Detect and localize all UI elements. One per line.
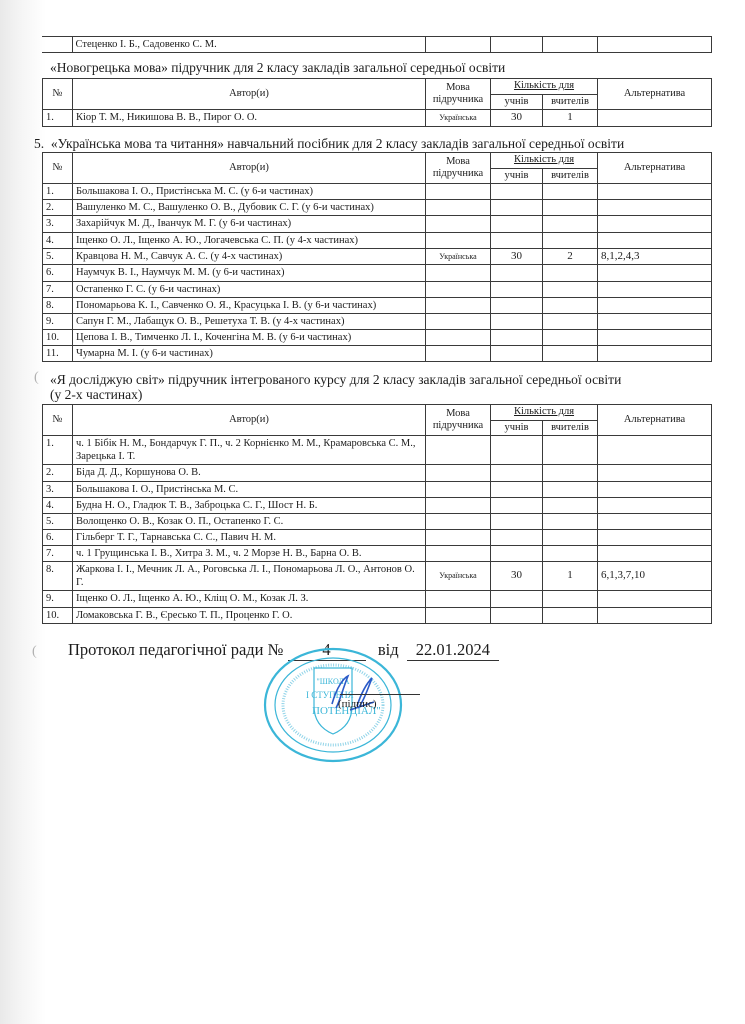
table-row: 8.Пономарьова К. І., Савченко О. Я., Кра… — [43, 297, 712, 313]
table-row: 9.Іщенко О. Л., Іщенко А. Ю., Кліщ О. М.… — [43, 591, 712, 607]
row-students-count — [491, 497, 543, 513]
row-author: Сапун Г. М., Лабащук О. В., Решетуха Т. … — [73, 313, 426, 329]
row-alternative — [598, 607, 712, 623]
row-number: 9. — [43, 591, 73, 607]
row-teachers-count: 1 — [543, 562, 598, 591]
row-number: 1. — [43, 184, 73, 200]
section-heading-4: «Новогрецька мова» підручник для 2 класу… — [50, 60, 505, 75]
row-teachers-count — [543, 497, 598, 513]
row-teachers-count — [543, 297, 598, 313]
header-authors: Автор(и) — [73, 153, 426, 184]
signature-line — [340, 694, 420, 695]
header-students: учнів — [491, 168, 543, 184]
table-header-row: №Автор(и)МовапідручникаКількість дляАльт… — [43, 405, 712, 421]
scan-mark: ( — [32, 644, 37, 660]
header-alternative: Альтернатива — [598, 79, 712, 110]
row-author: Іщенко О. Л., Іщенко А. Ю., Логачевська … — [73, 232, 426, 248]
row-language: Українська — [426, 110, 491, 127]
row-alternative — [598, 110, 712, 127]
row-students-count: 30 — [491, 248, 543, 265]
row-alternative — [598, 232, 712, 248]
row-alternative — [598, 481, 712, 497]
row-author: Чумарна М. І. (у 6-и частинах) — [73, 346, 426, 362]
table-row: 2.Біда Д. Д., Коршунова О. В. — [43, 465, 712, 481]
row-number: 4. — [43, 497, 73, 513]
row-teachers-count: 1 — [543, 110, 598, 127]
row-author: Біда Д. Д., Коршунова О. В. — [73, 465, 426, 481]
table-row: 10.Цепова І. В., Тимченко Л. І., Коченгі… — [43, 329, 712, 345]
row-teachers-count — [543, 346, 598, 362]
table-row: 7.Остапенко Г. С. (у 6-и частинах) — [43, 281, 712, 297]
header-authors: Автор(и) — [73, 405, 426, 436]
table-row: 7.ч. 1 Грущинська І. В., Хитра З. М., ч.… — [43, 546, 712, 562]
table-row: 1.ч. 1 Бібік Н. М., Бондарчук Г. П., ч. … — [43, 436, 712, 465]
row-teachers-count — [543, 591, 598, 607]
row-number: 1. — [43, 110, 73, 127]
row-language: Українська — [426, 562, 491, 591]
row-number: 10. — [43, 607, 73, 623]
header-number: № — [43, 153, 73, 184]
row-author: Ломаковська Г. В., Єресько Т. П., Процен… — [73, 607, 426, 623]
table-row: 5.Кравцова Н. М., Савчук А. С. (у 4-х ча… — [43, 248, 712, 265]
row-teachers-count — [543, 436, 598, 465]
row-students-count: 30 — [491, 562, 543, 591]
row-language — [426, 481, 491, 497]
table-row: 9.Сапун Г. М., Лабащук О. В., Решетуха Т… — [43, 313, 712, 329]
table-row: 6.Гільберг Т. Г., Тарнавська С. С., Пави… — [43, 529, 712, 545]
row-teachers-count — [543, 465, 598, 481]
row-number: 2. — [43, 465, 73, 481]
row-language — [426, 297, 491, 313]
row-teachers-count — [543, 232, 598, 248]
protocol-label: Протокол педагогічної ради № — [68, 640, 283, 659]
table-row: 8.Жаркова І. І., Мечник Л. А., Роговська… — [43, 562, 712, 591]
row-students-count — [491, 232, 543, 248]
row-teachers-count — [543, 546, 598, 562]
row-author: Вашуленко М. С., Вашуленко О. В., Дубови… — [73, 200, 426, 216]
row-number: 7. — [43, 546, 73, 562]
row-number: 11. — [43, 346, 73, 362]
row-alternative — [598, 200, 712, 216]
row-alternative — [598, 313, 712, 329]
header-students: учнів — [491, 94, 543, 110]
row-language — [426, 591, 491, 607]
header-quantity: Кількість для — [491, 153, 598, 169]
row-students-count — [491, 216, 543, 232]
row-language — [426, 513, 491, 529]
section-title: «Новогрецька мова» підручник для 2 класу… — [50, 60, 505, 75]
table-row: 2.Вашуленко М. С., Вашуленко О. В., Дубо… — [43, 200, 712, 216]
row-language — [426, 329, 491, 345]
official-stamp: "ШКОЛА І СТУПЕНЯ ПОТЕНЦІАЛ" — [262, 646, 404, 764]
row-teachers-count — [543, 313, 598, 329]
table-row: 6.Наумчук В. І., Наумчук М. М. (у 6-и ча… — [43, 265, 712, 281]
section-title: «Я досліджую світ» підручник інтегровано… — [50, 372, 621, 387]
section-title: «Українська мова та читання» навчальний … — [51, 136, 624, 151]
table-row: 3.Захарійчук М. Д., Іванчук М. Г. (у 6-и… — [43, 216, 712, 232]
row-teachers-count — [543, 281, 598, 297]
row-alternative — [598, 346, 712, 362]
table-row: Стеценко І. Б., Садовенко С. М. — [42, 37, 711, 53]
row-author: ч. 1 Бібік Н. М., Бондарчук Г. П., ч. 2 … — [73, 436, 426, 465]
row-author: Іщенко О. Л., Іщенко А. Ю., Кліщ О. М., … — [73, 591, 426, 607]
header-language: Мовапідручника — [426, 153, 491, 184]
row-students-count — [491, 436, 543, 465]
row-author: Волощенко О. В., Козак О. П., Остапенко … — [73, 513, 426, 529]
table-row: 4.Іщенко О. Л., Іщенко А. Ю., Логачевськ… — [43, 232, 712, 248]
row-teachers-count — [543, 184, 598, 200]
row-students-count — [491, 265, 543, 281]
header-quantity: Кількість для — [491, 405, 598, 421]
header-number: № — [43, 405, 73, 436]
table-header-row: №Автор(и)МовапідручникаКількість дляАльт… — [43, 79, 712, 95]
row-author: Кіор Т. М., Никишова В. В., Пирог О. О. — [73, 110, 426, 127]
row-alternative — [598, 216, 712, 232]
row-author: Гільберг Т. Г., Тарнавська С. С., Павич … — [73, 529, 426, 545]
row-number: 1. — [43, 436, 73, 465]
header-number: № — [43, 79, 73, 110]
row-number: 2. — [43, 200, 73, 216]
scan-mark: ( — [34, 370, 39, 386]
row-teachers-count — [543, 481, 598, 497]
textbook-table-novogretska: №Автор(и)МовапідручникаКількість дляАльт… — [42, 78, 712, 127]
table-header-row: №Автор(и)МовапідручникаКількість дляАльт… — [43, 153, 712, 169]
row-author: Наумчук В. І., Наумчук М. М. (у 6-и част… — [73, 265, 426, 281]
row-alternative — [598, 591, 712, 607]
row-alternative: 6,1,3,7,10 — [598, 562, 712, 591]
section-heading-6: «Я досліджую світ» підручник інтегровано… — [50, 372, 621, 402]
section-title-line2: (у 2-х частинах) — [50, 387, 621, 402]
row-students-count — [491, 591, 543, 607]
continued-table: Стеценко І. Б., Садовенко С. М. — [42, 36, 712, 53]
row-number: 8. — [43, 562, 73, 591]
row-teachers-count — [543, 265, 598, 281]
table-row: 4.Будна Н. О., Гладюк Т. В., Заброцька С… — [43, 497, 712, 513]
row-language — [426, 436, 491, 465]
row-language — [426, 346, 491, 362]
header-students: учнів — [491, 420, 543, 436]
row-number: 9. — [43, 313, 73, 329]
row-language: Українська — [426, 248, 491, 265]
table-row: 10.Ломаковська Г. В., Єресько Т. П., Про… — [43, 607, 712, 623]
row-alternative: 8,1,2,4,3 — [598, 248, 712, 265]
row-students-count — [491, 281, 543, 297]
section-number: 5. — [34, 136, 44, 151]
table-row: 1.Кіор Т. М., Никишова В. В., Пирог О. О… — [43, 110, 712, 127]
row-alternative — [598, 546, 712, 562]
row-students-count — [491, 346, 543, 362]
row-teachers-count — [543, 329, 598, 345]
row-students-count — [491, 529, 543, 545]
header-language: Мовапідручника — [426, 405, 491, 436]
header-alternative: Альтернатива — [598, 405, 712, 436]
row-students-count — [491, 184, 543, 200]
row-teachers-count: 2 — [543, 248, 598, 265]
signature-label: (підпис) — [338, 698, 377, 710]
row-alternative — [598, 281, 712, 297]
row-language — [426, 546, 491, 562]
table-row: 3.Большакова І. О., Пристінська М. С. — [43, 481, 712, 497]
row-number: 4. — [43, 232, 73, 248]
row-author: Цепова І. В., Тимченко Л. І., Коченгіна … — [73, 329, 426, 345]
row-students-count — [491, 513, 543, 529]
section-heading-5: 5. «Українська мова та читання» навчальн… — [34, 136, 624, 151]
header-language: Мовапідручника — [426, 79, 491, 110]
header-quantity: Кількість для — [491, 79, 598, 95]
row-teachers-count — [543, 513, 598, 529]
row-language — [426, 281, 491, 297]
row-alternative — [598, 497, 712, 513]
row-language — [426, 607, 491, 623]
row-language — [426, 184, 491, 200]
row-number — [42, 37, 72, 53]
textbook-table-ya-doslidzhuyu-svit: №Автор(и)МовапідручникаКількість дляАльт… — [42, 404, 712, 624]
row-teachers-count — [543, 200, 598, 216]
row-teachers-count — [543, 529, 598, 545]
row-number: 6. — [43, 529, 73, 545]
row-number: 5. — [43, 248, 73, 265]
table-row: 11.Чумарна М. І. (у 6-и частинах) — [43, 346, 712, 362]
header-alternative: Альтернатива — [598, 153, 712, 184]
row-language — [426, 265, 491, 281]
row-language — [426, 465, 491, 481]
row-students-count — [491, 465, 543, 481]
row-language — [426, 216, 491, 232]
row-author: Пономарьова К. І., Савченко О. Я., Красу… — [73, 297, 426, 313]
row-alternative — [598, 529, 712, 545]
row-students-count — [491, 297, 543, 313]
row-teachers-count — [543, 216, 598, 232]
row-number: 3. — [43, 481, 73, 497]
row-students-count — [491, 313, 543, 329]
header-authors: Автор(и) — [73, 79, 426, 110]
row-students-count — [491, 481, 543, 497]
row-author: Захарійчук М. Д., Іванчук М. Г. (у 6-и ч… — [73, 216, 426, 232]
row-author: Большакова І. О., Пристінська М. С. (у 6… — [73, 184, 426, 200]
row-number: 6. — [43, 265, 73, 281]
row-number: 10. — [43, 329, 73, 345]
table-row: 1.Большакова І. О., Пристінська М. С. (у… — [43, 184, 712, 200]
row-number: 5. — [43, 513, 73, 529]
header-teachers: вчителів — [543, 94, 598, 110]
row-author: Остапенко Г. С. (у 6-и частинах) — [73, 281, 426, 297]
row-author: Большакова І. О., Пристінська М. С. — [73, 481, 426, 497]
row-author: Будна Н. О., Гладюк Т. В., Заброцька С. … — [73, 497, 426, 513]
row-students-count — [491, 607, 543, 623]
row-number: 8. — [43, 297, 73, 313]
header-teachers: вчителів — [543, 420, 598, 436]
row-language — [426, 232, 491, 248]
row-students-count: 30 — [491, 110, 543, 127]
row-author: Жаркова І. І., Мечник Л. А., Роговська Л… — [73, 562, 426, 591]
row-language — [426, 313, 491, 329]
row-language — [426, 529, 491, 545]
row-teachers-count — [543, 607, 598, 623]
row-students-count — [491, 546, 543, 562]
row-alternative — [598, 465, 712, 481]
table-row: 5.Волощенко О. В., Козак О. П., Остапенк… — [43, 513, 712, 529]
header-teachers: вчителів — [543, 168, 598, 184]
protocol-date: 22.01.2024 — [407, 640, 499, 661]
scan-edge-shadow — [0, 0, 46, 1024]
row-number: 7. — [43, 281, 73, 297]
row-author: Стеценко І. Б., Садовенко С. М. — [72, 37, 425, 53]
row-number: 3. — [43, 216, 73, 232]
row-language — [426, 497, 491, 513]
row-alternative — [598, 184, 712, 200]
row-author: Кравцова Н. М., Савчук А. С. (у 4-х част… — [73, 248, 426, 265]
row-alternative — [598, 329, 712, 345]
row-alternative — [598, 265, 712, 281]
row-students-count — [491, 329, 543, 345]
row-students-count — [491, 200, 543, 216]
row-alternative — [598, 297, 712, 313]
row-alternative — [598, 436, 712, 465]
row-author: ч. 1 Грущинська І. В., Хитра З. М., ч. 2… — [73, 546, 426, 562]
row-alternative — [598, 513, 712, 529]
textbook-table-ukr-mova: №Автор(и)МовапідручникаКількість дляАльт… — [42, 152, 712, 362]
row-language — [426, 200, 491, 216]
